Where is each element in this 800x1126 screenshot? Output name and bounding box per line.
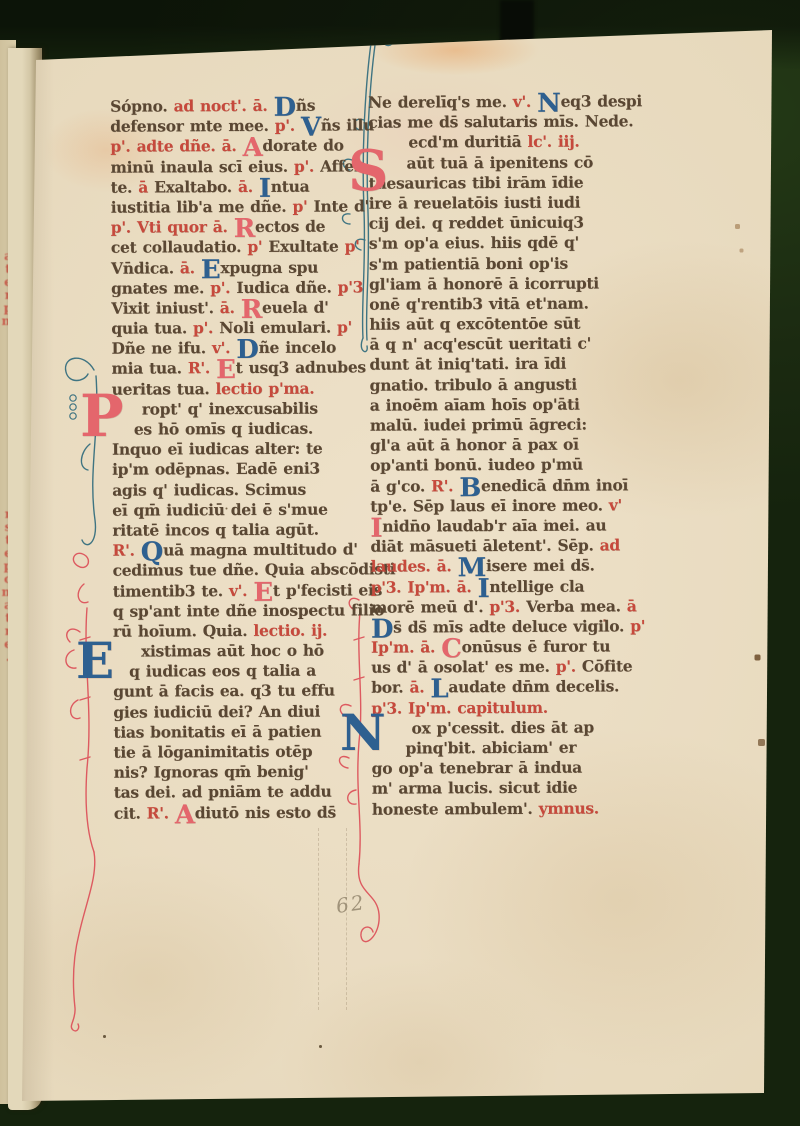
text-line: pinq'bit. abiciam' er	[371, 737, 623, 759]
text-line: R'. Quā magna multitudo d'	[112, 539, 364, 561]
text-line: agis q' iudicas. Scimus	[112, 479, 364, 501]
left-margin-flourish-red	[71, 553, 94, 1031]
text-line: Vn̄dica. ā. Expugna spu	[111, 257, 363, 279]
text-line: te. ā Exaltabo. ā. Intua	[111, 176, 363, 198]
text-line: nis? Ignoras qm̄ benig'	[114, 762, 366, 784]
backdrop-notch	[500, 0, 534, 44]
text-line: gies iudiciū dei? An diui	[113, 701, 365, 723]
text-line: cet collaudatio. p' Exultate p'	[111, 237, 363, 259]
text-line: p'. adte dñe. ā. Adorate do	[110, 136, 362, 158]
text-line: Inidn̄o laudab'r aīa mei. au	[370, 515, 622, 537]
folio-number: 62	[334, 890, 367, 918]
text-line: minū inaula scī eius. p'. Affer	[110, 156, 362, 178]
text-line: aūt tuā ā ipenitens cō	[368, 152, 620, 174]
text-line: ropt' q' inexcusabilis	[112, 398, 364, 420]
text-line: tas dei. ad pniām te addu	[114, 782, 366, 804]
text-line: Vixit iniust'. ā. Reuela d'	[111, 297, 363, 319]
text-line: gnatio. tribulo ā angusti	[370, 374, 622, 396]
text-line: ip'm odēpnas. Eadē eni3	[112, 459, 364, 481]
ruling-line	[318, 828, 319, 1010]
text-line: morē meū d'. p'3. Verba mea. ā	[371, 596, 623, 618]
initial-S: S	[348, 146, 388, 196]
text-line: dunt āt iniq'tati. ira īdi	[369, 354, 621, 376]
text-line: gunt ā facis ea. q3 tu effu	[113, 681, 365, 703]
text-line: hiis aūt q excōtentōe sūt	[369, 313, 621, 335]
text-line: Dñe ne ifu. v'. Dñe incelo	[111, 338, 363, 360]
text-line: a inoēm aīam hoīs op'āti	[370, 394, 622, 416]
text-line: ā q n' acq'escūt ueritati c'	[369, 334, 621, 356]
text-line: rū hoīum. Quia. lectio. ij.	[113, 620, 365, 642]
text-line: s'm op'a eius. hiis qdē q'	[369, 233, 621, 255]
text-line: gl'a aūt ā honor ā pax oī	[370, 435, 622, 457]
text-line: malū. iudei primū āgreci:	[370, 414, 622, 436]
text-line: ecd'm duritiā lc'. iij.	[368, 132, 620, 154]
text-line: p'. Vti quor ā. Rectos de	[111, 216, 363, 238]
text-line: Ip'm. ā. Conūsus ē furor tu	[371, 636, 623, 658]
text-line: laudes. ā. Misere mei ds̄.	[371, 556, 623, 578]
text-line: cedimus tue dñe. Quia abscōdisti	[113, 560, 365, 582]
text-line: cij dei. q reddet ūnicuiq3	[369, 212, 621, 234]
text-column-right: Ne derelīq's me. v'. Neq3 despicias me d…	[368, 91, 624, 819]
text-line: q sp'ant inte dñe inospectu filio	[113, 600, 365, 622]
text-line: Sópno. ad noct'. ā. Dñs	[110, 95, 362, 117]
text-line: bor. ā. Laudate dn̄m decelis.	[371, 677, 623, 699]
photo-backdrop: aterpm rstepomatre.	[0, 0, 800, 1126]
text-line: defensor mte mee. p'. Vñs illu	[110, 116, 362, 138]
initial-E: E	[76, 638, 114, 683]
text-line: honeste ambulem'. ymnus.	[372, 798, 624, 820]
text-line: timentib3 te. v'. Et p'fecisti eis	[113, 580, 365, 602]
text-line: thesauricas tibi irām īdie	[369, 172, 621, 194]
text-line: eī qm̄ iudiciū dei ē s'mue	[112, 499, 364, 521]
text-line: ā g'co. R'. Benedicā dn̄m inoī	[370, 475, 622, 497]
text-line: tp'e. Sēp laus eī inore meo. v'	[370, 495, 622, 517]
text-line: s'm patientiā boni op'is	[369, 253, 621, 275]
text-line: Ds̄ ds̄ mīs adte deluce vigilo. p'	[371, 616, 623, 638]
text-line: Ne derelīq's me. v'. Neq3 despi	[368, 91, 620, 113]
initial-N: N	[340, 710, 386, 755]
text-line: p'3. Ip'm. ā. Intellige cla	[371, 576, 623, 598]
text-line: ueritas tua. lectio p'ma.	[112, 378, 364, 400]
text-line: xistimas aūt hoc o hō	[113, 640, 365, 662]
text-line: tie ā lōganimitatis otēp	[113, 741, 365, 763]
text-line: Inquo eī iudicas alter: te	[112, 439, 364, 461]
text-line: p'3. Ip'm. capitulum.	[371, 697, 623, 719]
text-column-left: Sópno. ad noct'. ā. Dñsdefensor mte mee.…	[110, 95, 366, 823]
text-line: q iudicas eos q talia a	[113, 661, 365, 683]
text-line: op'anti bonū. iudeo p'mū	[370, 455, 622, 477]
initial-P: P	[80, 390, 124, 442]
manuscript-page: Sópno. ad noct'. ā. Dñsdefensor mte mee.…	[0, 0, 800, 1126]
text-line: cit. R'. Adiutō nis esto ds̄	[114, 802, 366, 824]
text-line: go op'a tenebrar ā indua	[372, 758, 624, 780]
text-line: ox p'cessit. dies āt ap	[371, 717, 623, 739]
text-line: ire ā reuelatōis iusti iudi	[369, 192, 621, 214]
ruling-line	[346, 828, 347, 1010]
text-line: diāt māsueti āletent'. Sēp. ad	[370, 535, 622, 557]
text-line: cias me ds̄ salutaris mīs. Nede.	[368, 112, 620, 134]
text-line: mia tua. R'. Et usq3 adnubes	[111, 358, 363, 380]
text-line: us d' ā osolat' es me. p'. Cōfite	[371, 657, 623, 679]
parchment-specks	[0, 0, 1, 1]
text-line: tias bonitatis eī ā patien	[113, 721, 365, 743]
text-line: onē q'rentib3 vitā et'nam.	[369, 293, 621, 315]
text-line: gl'iam ā honorē ā icorrupti	[369, 273, 621, 295]
text-line: gnates me. p'. Iudica dñe. p'3	[111, 277, 363, 299]
text-line: es hō omīs q iudicas.	[112, 418, 364, 440]
text-line: m' arma lucis. sicut idie	[372, 778, 624, 800]
